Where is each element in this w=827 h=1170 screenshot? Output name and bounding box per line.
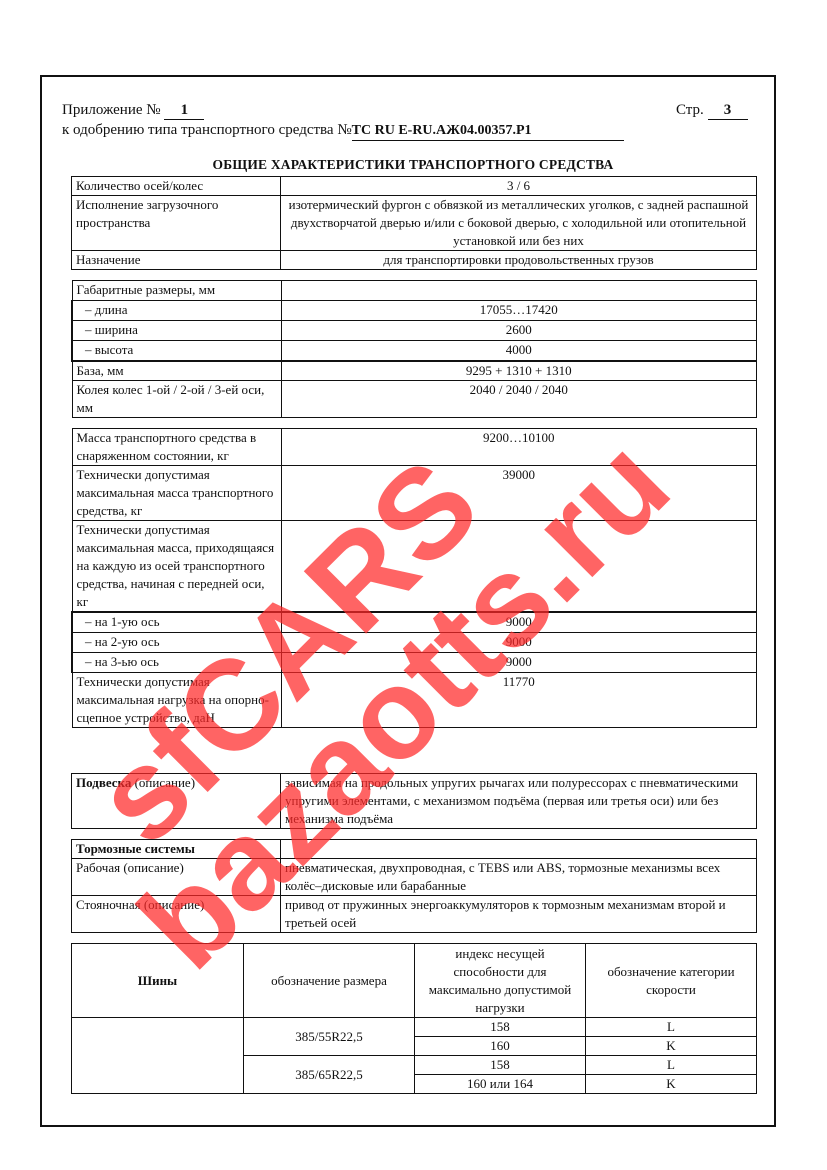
table-row: Рабочая (описание) пневматическая, двухп… (72, 859, 757, 896)
table-row: База, мм 9295 + 1310 + 1310 (72, 361, 757, 381)
height-value: 4000 (281, 341, 757, 362)
page-number: 3 (708, 101, 748, 120)
wheelbase-value: 9295 + 1310 + 1310 (281, 361, 757, 381)
table-row: Стояночная (описание) привод от пружинны… (72, 896, 757, 933)
axle3-value: 9000 (281, 653, 757, 673)
cargo-space-label: Исполнение загрузочного пространства (72, 196, 281, 251)
tyre-size-header: обозначение размера (244, 944, 415, 1018)
cargo-space-value: изотермический фургон с обвязкой из мета… (281, 196, 757, 251)
width-value: 2600 (281, 321, 757, 341)
axle-mass-label: Технически допустимая максимальная масса… (72, 521, 281, 613)
axle-mass-empty (281, 521, 757, 613)
table-row: Тормозные системы (72, 840, 757, 859)
table-row: Подвеска (описание) зависимая на продоль… (72, 774, 757, 829)
service-brake-label: Рабочая (описание) (72, 859, 281, 896)
length-label: – длина (72, 301, 281, 321)
length-value: 17055…17420 (281, 301, 757, 321)
table-row: Количество осей/колес 3 / 6 (72, 177, 757, 196)
dimensions-table: Габаритные размеры, мм – длина 17055…174… (71, 280, 757, 418)
coupling-load-value: 11770 (281, 673, 757, 728)
brakes-empty (281, 840, 757, 859)
track-label: Колея колес 1-ой / 2-ой / 3-ей оси, мм (72, 381, 281, 418)
track-value: 2040 / 2040 / 2040 (281, 381, 757, 418)
masses-table: Масса транспортного средства в снаряженн… (71, 428, 757, 728)
curb-mass-label: Масса транспортного средства в снаряженн… (72, 429, 281, 466)
max-mass-value: 39000 (281, 466, 757, 521)
table-row: 385/55R22,5 158 L (72, 1018, 757, 1037)
axles-wheels-label: Количество осей/колес (72, 177, 281, 196)
suspension-table: Подвеска (описание) зависимая на продоль… (71, 773, 757, 829)
table-row: Технически допустимая максимальная масса… (72, 521, 757, 613)
axles-wheels-value: 3 / 6 (281, 177, 757, 196)
wheelbase-label: База, мм (72, 361, 281, 381)
table-row: – высота 4000 (72, 341, 757, 362)
speed-category: L (586, 1018, 757, 1037)
table-row: Габаритные размеры, мм (72, 281, 757, 301)
dimensions-label: Габаритные размеры, мм (72, 281, 281, 301)
suspension-label-rest: (описание) (131, 775, 195, 790)
table-row: Шины обозначение размера индекс несущей … (72, 944, 757, 1018)
speed-category: K (586, 1075, 757, 1094)
parking-brake-label: Стояночная (описание) (72, 896, 281, 933)
suspension-label: Подвеска (описание) (72, 774, 281, 829)
tyre-size: 385/55R22,5 (244, 1018, 415, 1056)
dimensions-empty (281, 281, 757, 301)
tyre-size: 385/65R22,5 (244, 1056, 415, 1094)
axle1-label: – на 1-ую ось (72, 612, 281, 633)
suspension-label-bold: Подвеска (76, 775, 131, 790)
width-label: – ширина (72, 321, 281, 341)
curb-mass-value: 9200…10100 (281, 429, 757, 466)
table-row: Исполнение загрузочного пространства изо… (72, 196, 757, 251)
max-mass-label: Технически допустимая максимальная масса… (72, 466, 281, 521)
approval-line: к одобрению типа транспортного средства … (62, 121, 624, 141)
tyres-label: Шины (72, 944, 244, 1018)
table-row: Колея колес 1-ой / 2-ой / 3-ей оси, мм 2… (72, 381, 757, 418)
axle3-label: – на 3-ью ось (72, 653, 281, 673)
table-row: – ширина 2600 (72, 321, 757, 341)
approval-number: ТС RU E-RU.АЖ04.00357.Р1 (352, 122, 624, 141)
brakes-table: Тормозные системы Рабочая (описание) пне… (71, 839, 757, 933)
table-row: Технически допустимая максимальная нагру… (72, 673, 757, 728)
page-title: ОБЩИЕ ХАРАКТЕРИСТИКИ ТРАНСПОРТНОГО СРЕДС… (70, 157, 756, 173)
speed-category-header: обозначение категории скорости (586, 944, 757, 1018)
service-brake-value: пневматическая, двухпроводная, с TEBS ил… (281, 859, 757, 896)
height-label: – высота (72, 341, 281, 362)
load-index: 160 или 164 (415, 1075, 586, 1094)
tyres-table: Шины обозначение размера индекс несущей … (71, 943, 757, 1094)
load-index-header: индекс несущей способности для максималь… (415, 944, 586, 1018)
load-index: 160 (415, 1037, 586, 1056)
table-row: – на 2-ую ось 9000 (72, 633, 757, 653)
purpose-value: для транспортировки продовольственных гр… (281, 251, 757, 270)
table-row: Назначение для транспортировки продоволь… (72, 251, 757, 270)
load-index: 158 (415, 1056, 586, 1075)
approval-label: к одобрению типа транспортного средства … (62, 122, 352, 138)
appendix-number: 1 (164, 101, 204, 120)
table-row: Технически допустимая максимальная масса… (72, 466, 757, 521)
axle1-value: 9000 (281, 612, 757, 633)
purpose-label: Назначение (72, 251, 281, 270)
table-row: – длина 17055…17420 (72, 301, 757, 321)
axle2-value: 9000 (281, 633, 757, 653)
parking-brake-value: привод от пружинных энергоаккумуляторов … (281, 896, 757, 933)
page-label: Стр. (676, 102, 704, 118)
speed-category: K (586, 1037, 757, 1056)
general-table: Количество осей/колес 3 / 6 Исполнение з… (71, 176, 757, 270)
suspension-value: зависимая на продольных упругих рычагах … (281, 774, 757, 829)
page-number-line: Стр. 3 (676, 101, 748, 120)
brakes-label: Тормозные системы (72, 840, 281, 859)
load-index: 158 (415, 1018, 586, 1037)
table-row: – на 1-ую ось 9000 (72, 612, 757, 633)
appendix-line: Приложение № 1 (62, 101, 204, 120)
tyres-empty (72, 1018, 244, 1094)
speed-category: L (586, 1056, 757, 1075)
table-row: Масса транспортного средства в снаряженн… (72, 429, 757, 466)
coupling-load-label: Технически допустимая максимальная нагру… (72, 673, 281, 728)
table-row: – на 3-ью ось 9000 (72, 653, 757, 673)
axle2-label: – на 2-ую ось (72, 633, 281, 653)
appendix-label: Приложение № (62, 102, 161, 118)
